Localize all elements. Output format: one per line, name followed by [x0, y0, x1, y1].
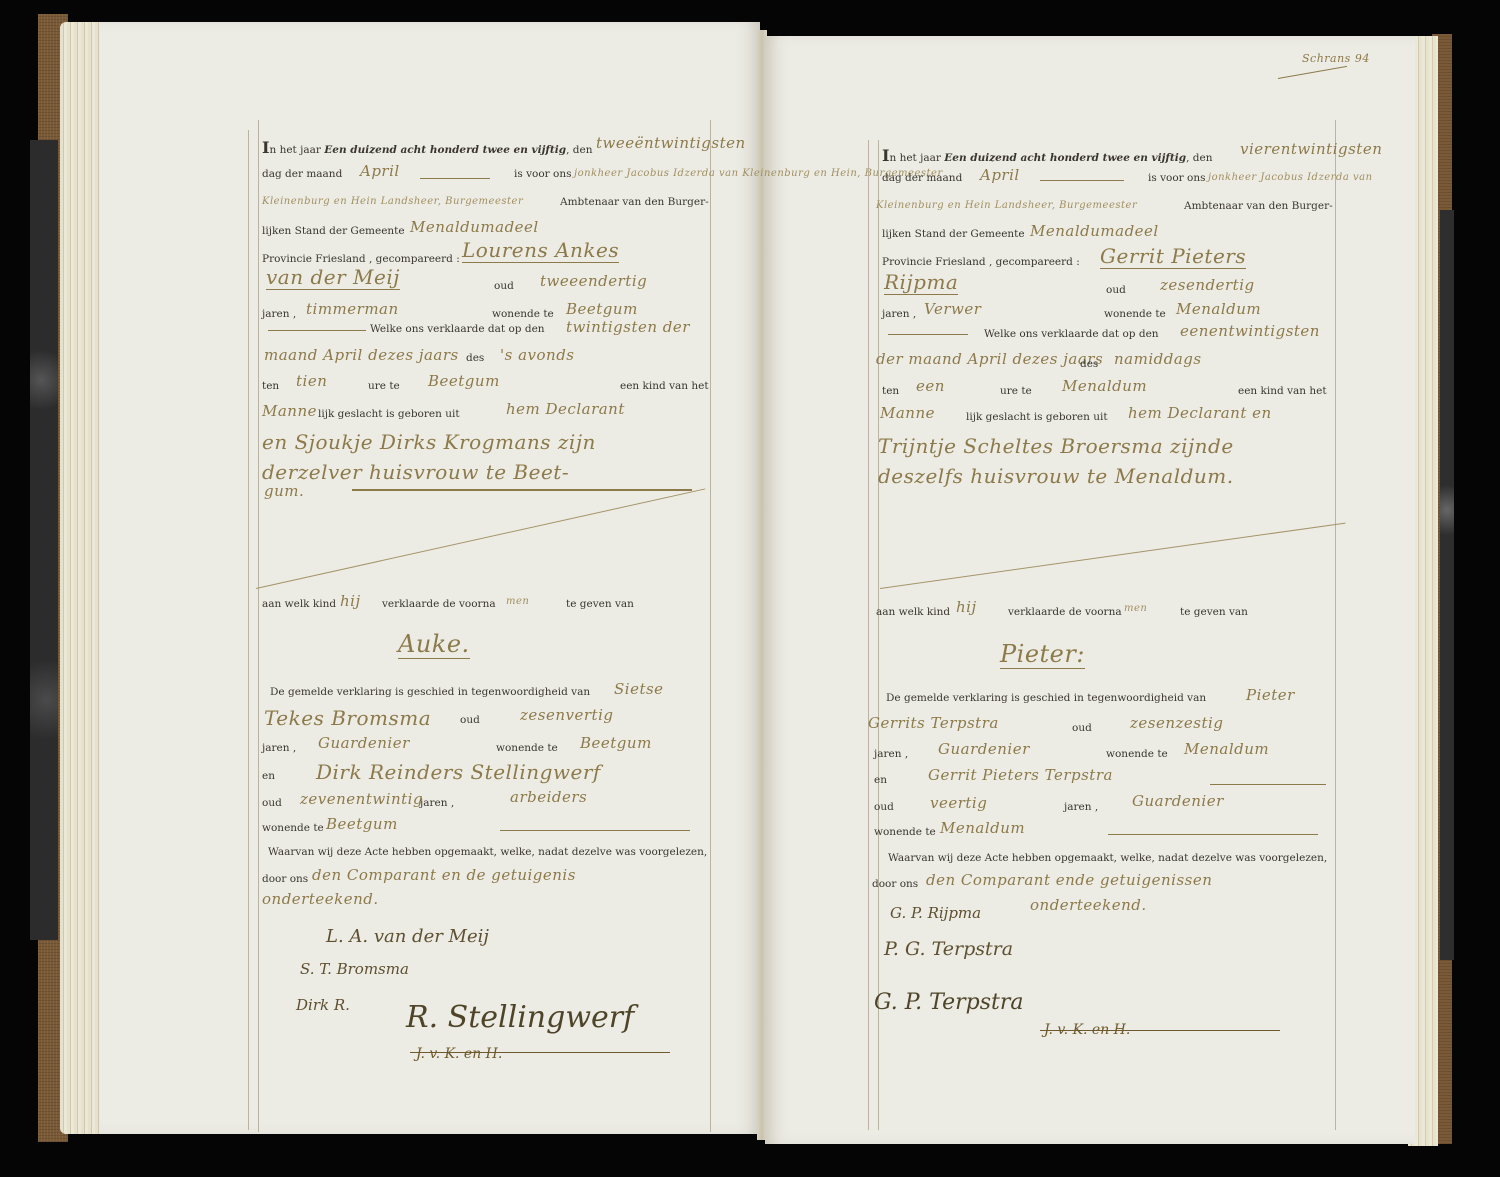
label-provincie: Provincie Friesland , gecompareerd : [262, 253, 460, 265]
witness2-age: veertig [930, 794, 987, 812]
left-page [100, 22, 760, 1134]
label-dag-der-maand: dag der maand [882, 172, 962, 184]
municipality: Menaldumadeel [1030, 222, 1159, 240]
parents-line: deszelfs huisvrouw te Menaldum. [878, 464, 1234, 488]
label-ambtenaar: Ambtenaar van den Burger- [1184, 200, 1333, 212]
witness1-residence: Menaldum [1184, 740, 1269, 758]
right-outer-margin-line [868, 140, 869, 1130]
right-margin-line [878, 140, 879, 1130]
label-en: en [262, 770, 275, 782]
parents-line: derzelver huisvrouw te Beet- [262, 460, 569, 484]
label-oud: oud [494, 280, 514, 292]
book-cover-left-marbled-board [30, 140, 58, 940]
birth-place: Menaldum [1062, 377, 1147, 395]
signature-witness1: S. T. Bromsma [300, 960, 409, 978]
right-right-margin-line [1335, 120, 1336, 1130]
label-oud: oud [1072, 722, 1092, 734]
birth-place: Beetgum [428, 372, 500, 390]
label-oud: oud [460, 714, 480, 726]
parents-line: hem Declarant [506, 400, 625, 418]
witness2-name: Gerrit Pieters Terpstra [928, 766, 1113, 784]
signed-by-text-line2: onderteekend. [1030, 896, 1147, 914]
kind-pronoun: hij [340, 592, 361, 610]
official-name-line2: Kleinenburg en Hein Landsheer, Burgemees… [876, 200, 1137, 211]
label-gemelde: De gemelde verklaring is geschied in teg… [886, 692, 1206, 704]
witness2-age: zevenentwintig [300, 790, 423, 808]
child-name: Pieter: [1000, 640, 1085, 669]
signature-official: J. v. K. en H. [416, 1046, 502, 1062]
label-welke: Welke ons verklaarde dat op den [984, 328, 1159, 340]
left-outer-margin-line [248, 130, 249, 1130]
birth-time-part: 's avonds [500, 346, 575, 364]
label-ambtenaar: Ambtenaar van den Burger- [560, 196, 709, 208]
witness1-name-line2: Gerrits Terpstra [868, 714, 999, 732]
label-jaren: jaren , [262, 742, 296, 754]
label-wonende-te: wonende te [874, 826, 936, 838]
label-en: en [874, 774, 887, 786]
signed-by-text-line2: onderteekend. [262, 890, 379, 908]
label-jaren: jaren , [874, 748, 908, 760]
parents-line: gum. [264, 482, 304, 500]
label-aan-welk-kind: aan welk kind [876, 606, 950, 618]
label-wonende-te: wonende te [492, 308, 554, 320]
label-gemelde: De gemelde verklaring is geschied in teg… [270, 686, 590, 698]
label-ten: ten [262, 380, 279, 392]
witness2-residence: Beetgum [326, 815, 398, 833]
label-voorna: verklaarde de voorna [1008, 606, 1122, 618]
label-welke: Welke ons verklaarde dat op den [370, 323, 545, 335]
witness2-occupation: Guardenier [1132, 792, 1224, 810]
signature-witness1: P. G. Terpstra [884, 938, 1013, 960]
label-voorna: verklaarde de voorna [382, 598, 496, 610]
label-door-ons: door ons [262, 873, 308, 885]
signature-witness2-mark: Dirk R. [296, 996, 350, 1014]
declarant-age: tweeendertig [540, 272, 647, 290]
official-name-line2: Kleinenburg en Hein Landsheer, Burgemees… [262, 196, 523, 207]
label-waarvan: Waarvan wij deze Acte hebben opgemaakt, … [268, 846, 707, 858]
label-aan-welk-kind: aan welk kind [262, 598, 336, 610]
witness2-occupation: arbeiders [510, 788, 587, 806]
label-is-voor-ons: is voor ons [514, 168, 572, 180]
birth-time-part: namiddags [1114, 350, 1202, 368]
birth-hour: tien [296, 372, 327, 390]
declarant-name: Lourens Ankes [462, 238, 619, 263]
signature-flourish [1040, 1030, 1280, 1031]
declarant-residence: Menaldum [1176, 300, 1261, 318]
label-des: des [466, 352, 484, 364]
witness1-name: Sietse [614, 680, 664, 698]
label-wonende-te: wonende te [262, 822, 324, 834]
birth-date-line2: maand April dezes jaars [264, 346, 459, 364]
label-wonende-te: wonende te [496, 742, 558, 754]
label-wonende-te: wonende te [1104, 308, 1166, 320]
birth-record-day: vierentwintigsten [1240, 140, 1382, 158]
label-door-ons: door ons [872, 878, 918, 890]
witness1-occupation: Guardenier [938, 740, 1030, 758]
child-name: Auke. [398, 630, 470, 659]
label-een-kind: een kind van het [1238, 385, 1327, 397]
label-een-kind: een kind van het [620, 380, 709, 392]
opening-line: In het jaar Een duizend acht honderd twe… [882, 146, 1212, 165]
label-oud: oud [874, 801, 894, 813]
left-margin-line [258, 120, 259, 1132]
parents-line: en Sjoukje Dirks Krogmans zijn [262, 430, 596, 454]
label-jaren: jaren , [882, 308, 916, 320]
label-jaren: jaren , [1064, 801, 1098, 813]
witness1-age: zesenzestig [1130, 714, 1223, 732]
child-sex: Manne [880, 404, 935, 422]
kind-pronoun: hij [956, 598, 977, 616]
closing-pen-line [352, 489, 692, 491]
witness1-name: Pieter [1246, 686, 1295, 704]
declarant-surname: Rijpma [884, 270, 958, 295]
label-lijken-stand: lijken Stand der Gemeente [262, 225, 405, 237]
declarant-name: Gerrit Pieters [1100, 244, 1246, 269]
child-sex: Manne [262, 402, 317, 420]
declarant-age: zesendertig [1160, 276, 1255, 294]
label-lijk-geslacht: lijk geslacht is geboren uit [966, 411, 1108, 423]
witness1-name-line2: Tekes Bromsma [264, 706, 431, 730]
birth-record-day: tweeëntwintigsten [596, 134, 746, 152]
witness2-name: Dirk Reinders Stellingwerf [316, 760, 601, 784]
witness1-occupation: Guardenier [318, 734, 410, 752]
filler-line [500, 830, 690, 831]
signature-flourish [410, 1052, 670, 1053]
filler-line [1040, 180, 1124, 181]
voorna-suffix: men [1124, 603, 1147, 614]
label-des: des [1080, 358, 1098, 370]
label-te-geven-van: te geven van [1180, 606, 1248, 618]
label-lijken-stand: lijken Stand der Gemeente [882, 228, 1025, 240]
signature-declarant: G. P. Rijpma [890, 904, 981, 922]
filler-line [1108, 834, 1318, 835]
signed-by-text: den Comparant en de getuigenis [312, 866, 576, 884]
opening-line: In het jaar Een duizend acht honderd twe… [262, 138, 592, 157]
declarant-occupation: Verwer [924, 300, 981, 318]
left-right-margin-line [710, 120, 711, 1132]
filler-line [420, 178, 490, 179]
witness1-age: zesenvertig [520, 706, 613, 724]
witness2-residence: Menaldum [940, 819, 1025, 837]
filler-line [1210, 784, 1326, 785]
label-oud: oud [262, 797, 282, 809]
birth-date-line2: der maand April dezes jaars [876, 350, 1103, 368]
book-cover-right-marbled-board [1440, 210, 1454, 960]
label-is-voor-ons: is voor ons [1148, 172, 1206, 184]
record-month: April [980, 166, 1020, 184]
label-ure-te: ure te [368, 380, 400, 392]
signature-witness2: G. P. Terpstra [874, 990, 1023, 1015]
filler-line [888, 334, 968, 335]
label-ten: ten [882, 385, 899, 397]
parents-line: Trijntje Scheltes Broersma zijnde [878, 434, 1234, 458]
label-te-geven-van: te geven van [566, 598, 634, 610]
birth-date: twintigsten der [566, 318, 690, 336]
label-waarvan: Waarvan wij deze Acte hebben opgemaakt, … [888, 852, 1327, 864]
declarant-surname: van der Meij [266, 265, 400, 290]
declarant-residence: Beetgum [566, 300, 638, 318]
label-dag-der-maand: dag der maand [262, 168, 342, 180]
record-month: April [360, 162, 400, 180]
official-name: jonkheer Jacobus Idzerda van [1208, 172, 1373, 183]
label-oud: oud [1106, 284, 1126, 296]
voorna-suffix: men [506, 596, 529, 607]
label-wonende-te: wonende te [1106, 748, 1168, 760]
label-ure-te: ure te [1000, 385, 1032, 397]
declarant-occupation: timmerman [306, 300, 399, 318]
signature-witness2: R. Stellingwerf [406, 1000, 634, 1035]
birth-date: eenentwintigsten [1180, 322, 1320, 340]
signature-declarant: L. A. van der Meij [326, 926, 489, 947]
birth-hour: een [916, 377, 945, 395]
label-jaren: jaren , [262, 308, 296, 320]
filler-line [268, 330, 366, 331]
signed-by-text: den Comparant ende getuigenissen [926, 871, 1212, 889]
parents-line: hem Declarant en [1128, 404, 1272, 422]
label-lijk-geslacht: lijk geslacht is geboren uit [318, 408, 460, 420]
folio-number: Schrans 94 [1302, 52, 1370, 65]
municipality: Menaldumadeel [410, 218, 539, 236]
label-provincie: Provincie Friesland , gecompareerd : [882, 256, 1080, 268]
label-jaren: jaren , [420, 797, 454, 809]
witness1-residence: Beetgum [580, 734, 652, 752]
